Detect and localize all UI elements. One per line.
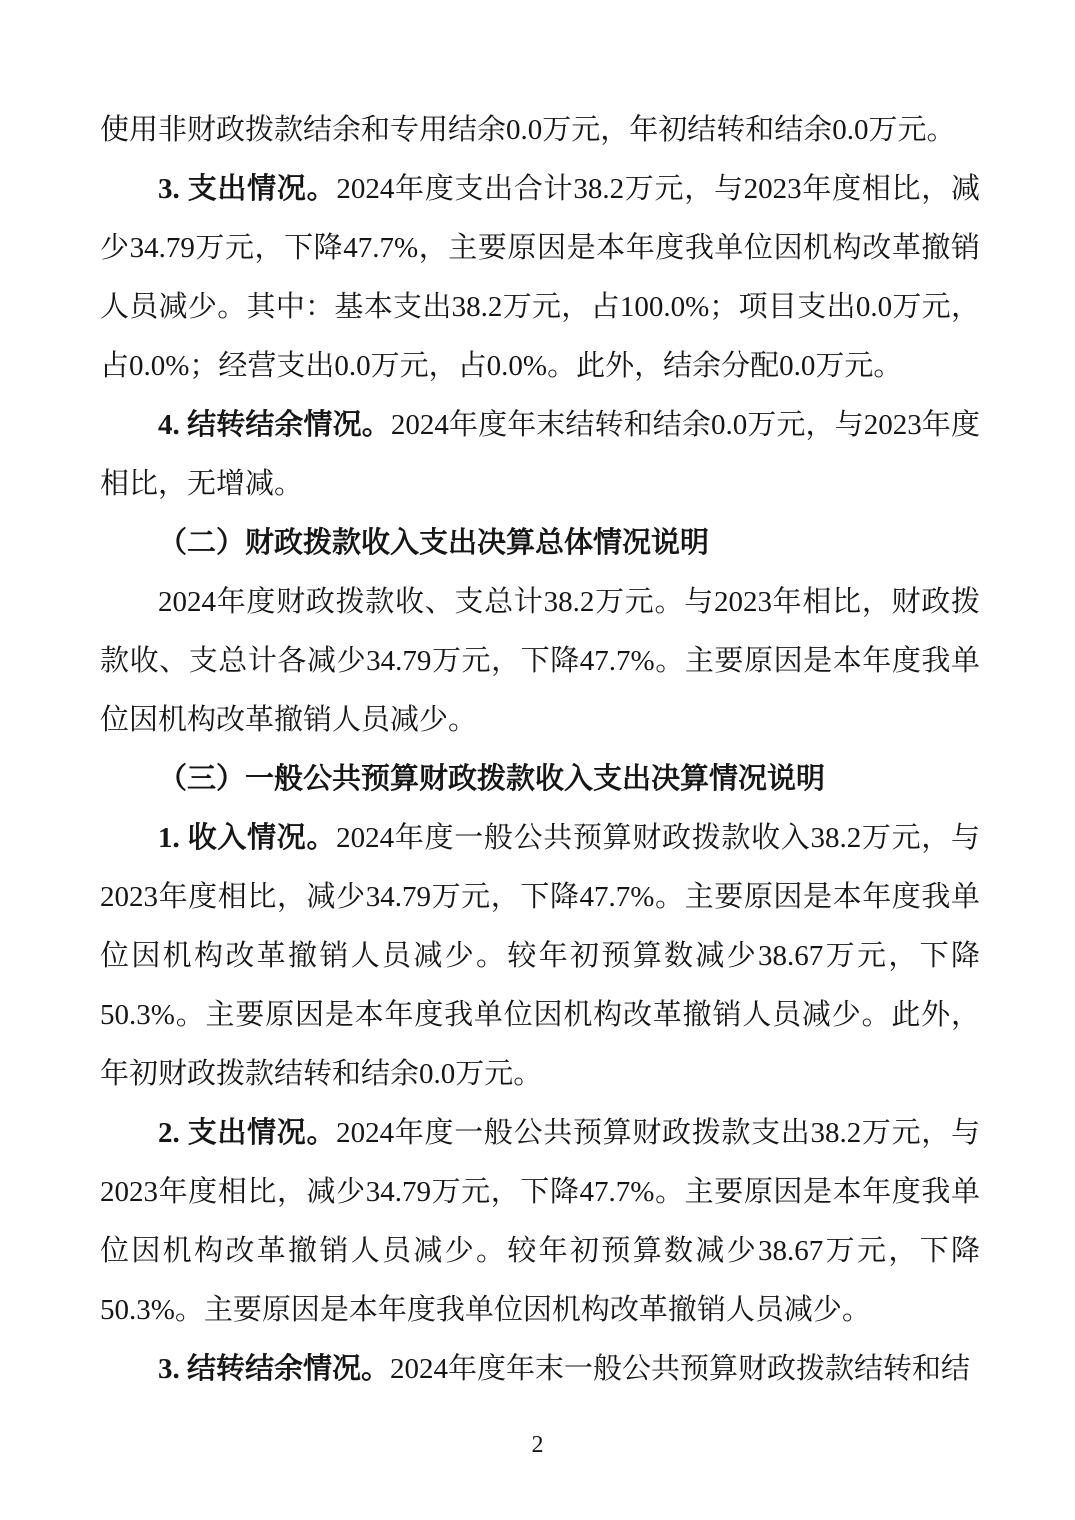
paragraph-lead: 1. 收入情况。 [158, 822, 336, 854]
heading-section-two: （二）财政拨款收入支出决算总体情况说明 [100, 514, 980, 573]
heading-text: （二）财政拨款收入支出决算总体情况说明 [158, 527, 709, 559]
document-content: 使用非财政拨款结余和专用结余0.0万元，年初结转和结余0.0万元。 3. 支出情… [100, 101, 980, 1399]
paragraph-fiscal-appropriation-total: 2024年度财政拨款收、支总计38.2万元。与2023年相比，财政拨款收、支总计… [100, 573, 980, 750]
paragraph-lead: 3. 支出情况。 [158, 173, 336, 205]
document-page: 使用非财政拨款结余和专用结余0.0万元，年初结转和结余0.0万元。 3. 支出情… [0, 0, 1075, 1520]
paragraph-lead: 2. 支出情况。 [158, 1117, 336, 1149]
paragraph-lead: 3. 结转结余情况。 [158, 1353, 390, 1385]
paragraph-lead: 4. 结转结余情况。 [158, 409, 391, 441]
paragraph-expenditure-overview: 3. 支出情况。2024年度支出合计38.2万元，与2023年度相比，减少34.… [100, 160, 980, 396]
paragraph-carryover-overview: 4. 结转结余情况。2024年度年末结转和结余0.0万元，与2023年度相比，无… [100, 396, 980, 514]
paragraph-expenditure-budget: 2. 支出情况。2024年度一般公共预算财政拨款支出38.2万元，与2023年度… [100, 1104, 980, 1340]
heading-text: （三）一般公共预算财政拨款收入支出决算情况说明 [158, 763, 825, 795]
paragraph-income-situation: 1. 收入情况。2024年度一般公共预算财政拨款收入38.2万元，与2023年度… [100, 809, 980, 1104]
heading-section-three: （三）一般公共预算财政拨款收入支出决算情况说明 [100, 750, 980, 809]
page-number: 2 [0, 1430, 1075, 1460]
paragraph-text: 使用非财政拨款结余和专用结余0.0万元，年初结转和结余0.0万元。 [100, 114, 956, 146]
paragraph-text: 2024年度财政拨款收、支总计38.2万元。与2023年相比，财政拨款收、支总计… [100, 586, 980, 736]
paragraph-text: 2024年度年末一般公共预算财政拨款结转和结 [390, 1353, 970, 1385]
paragraph-continuation-balance: 使用非财政拨款结余和专用结余0.0万元，年初结转和结余0.0万元。 [100, 101, 980, 160]
paragraph-text: 2024年度一般公共预算财政拨款收入38.2万元，与2023年度相比，减少34.… [100, 822, 980, 1090]
paragraph-carryover-cutoff: 3. 结转结余情况。2024年度年末一般公共预算财政拨款结转和结 [100, 1340, 980, 1399]
